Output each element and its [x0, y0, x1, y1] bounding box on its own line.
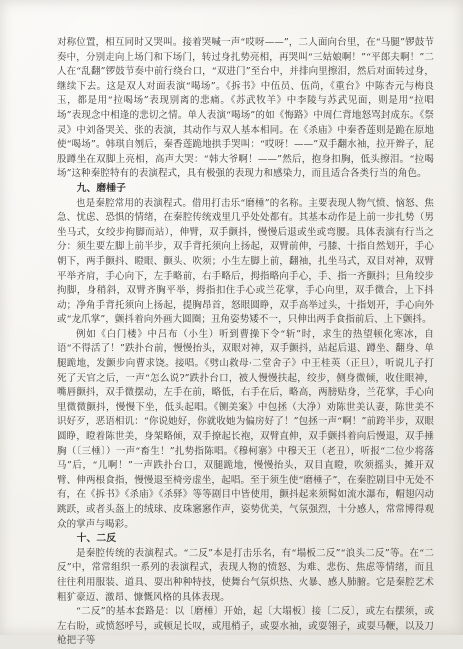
scanned-page: 对称位置，相互同时又哭叫。接着哭喊一声“哎呀——”，二人面向台里，在“马腿”锣鼓… — [0, 0, 463, 635]
paragraph-mo-chui-zi-intro: 也是秦腔常用的表演程式。借用打击乐“磨棰”的名称。主要表现人物气愤、恼怒、焦急、… — [57, 197, 434, 328]
section-heading-er-fan: 十、二反 — [57, 532, 434, 547]
paragraph-er-fan-routine: “二反”的基本套路是：以〔磨棰〕开始，起〔大塌板〕接〔二反〕，或左右摆须，或左右… — [57, 605, 434, 635]
paragraph-mo-chui-zi-examples: 例如《白门楼》中吕布（小生）听到曹操下令“斩”时，求生的热望顿化寒冰，自语“不得… — [57, 328, 434, 532]
text-column: 对称位置，相互同时又哭叫。接着哭喊一声“哎呀——”，二人面向台里，在“马腿”锣鼓… — [57, 36, 434, 635]
section-heading-mo-chui-zi: 九、磨棰子 — [57, 182, 434, 197]
paragraph-la-he-chang: 对称位置，相互同时又哭叫。接着哭喊一声“哎呀——”，二人面向台里，在“马腿”锣鼓… — [57, 36, 434, 182]
paragraph-er-fan-intro: 是秦腔传统的表演程式。“二反”本是打击乐名，有“塌板二反”“浪头二反”等。在“二… — [57, 547, 434, 605]
